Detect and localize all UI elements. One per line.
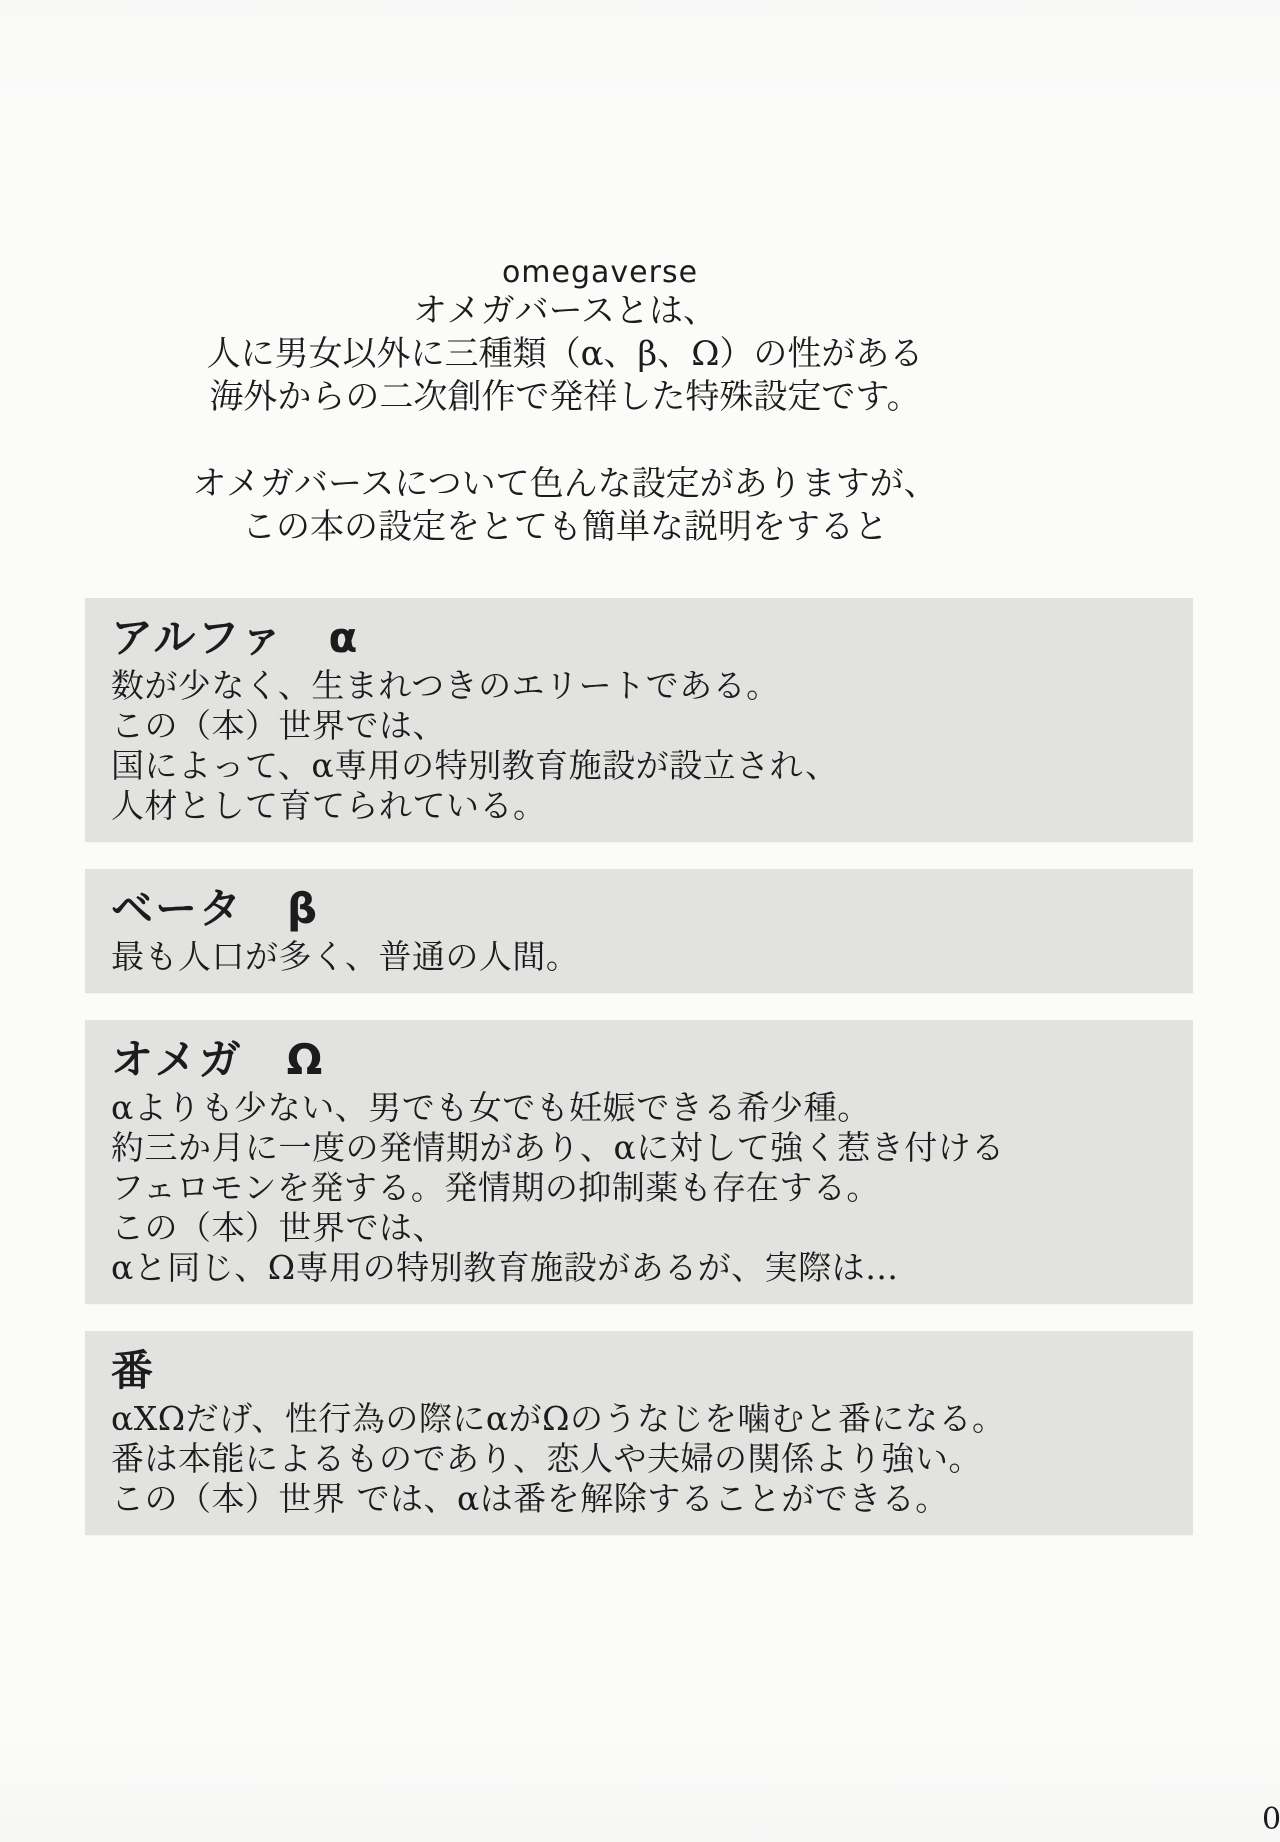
section-omega-heading: オメガ Ω (111, 1032, 1175, 1088)
definition-boxes: アルファ α 数が少なく、生まれつきのエリートである。 この（本）世界では、 国… (85, 598, 1193, 1562)
section-omega-line: フェロモンを発する。発情期の抑制薬も存在する。 (111, 1168, 1175, 1208)
section-tsugai: 番 αXΩだげ、性行為の際にαがΩのうなじを噛むと番になる。 番は本能によるもの… (85, 1331, 1193, 1535)
section-beta-line: 最も人口が多く、普通の人間。 (111, 937, 1175, 977)
section-alpha-line: 国によって、α専用の特別教育施設が設立され、 (111, 746, 1175, 786)
section-omega-line: この（本）世界では、 (111, 1208, 1175, 1248)
section-alpha-heading: アルファ α (111, 610, 1175, 666)
page-number: 0 (1262, 1804, 1280, 1836)
intro-line: 人に男女以外に三種類（α、β、Ω）の性がある (0, 333, 1130, 376)
note-line: オメガバースについて色んな設定がありますが、 (0, 463, 1130, 506)
section-omega: オメガ Ω αよりも少ない、男でも女でも妊娠できる希少種。 約三か月に一度の発情… (85, 1020, 1193, 1304)
section-alpha-line: この（本）世界では、 (111, 706, 1175, 746)
intro-line: 海外からの二次創作で発祥した特殊設定です。 (0, 376, 1130, 419)
section-alpha-line: 数が少なく、生まれつきのエリートである。 (111, 666, 1175, 706)
scanned-document-page: omegaverse オメガバースとは、 人に男女以外に三種類（α、β、Ω）の性… (0, 0, 1280, 1842)
intro-block: omegaverse オメガバースとは、 人に男女以外に三種類（α、β、Ω）の性… (0, 0, 1130, 419)
section-omega-line: αと同じ、Ω専用の特別教育施設があるが、実際は… (111, 1248, 1175, 1288)
section-tsugai-line: αXΩだげ、性行為の際にαがΩのうなじを噛むと番になる。 (111, 1399, 1175, 1439)
section-tsugai-line: 番は本能によるものであり、恋人や夫婦の関係より強い。 (111, 1439, 1175, 1479)
section-beta: ベータ β 最も人口が多く、普通の人間。 (85, 869, 1193, 993)
section-tsugai-heading: 番 (111, 1343, 1175, 1399)
section-beta-heading: ベータ β (111, 881, 1175, 937)
section-tsugai-line: この（本）世界 では、αは番を解除することができる。 (111, 1479, 1175, 1519)
omegaverse-latin-title: omegaverse (35, 256, 1165, 290)
note-line: この本の設定をとても簡単な説明をすると (0, 506, 1130, 549)
section-omega-line: 約三か月に一度の発情期があり、αに対して強く惹き付ける (111, 1128, 1175, 1168)
intro-line: オメガバースとは、 (0, 290, 1130, 333)
section-omega-line: αよりも少ない、男でも女でも妊娠できる希少種。 (111, 1088, 1175, 1128)
note-block: オメガバースについて色んな設定がありますが、 この本の設定をとても簡単な説明をす… (0, 463, 1130, 549)
section-alpha: アルファ α 数が少なく、生まれつきのエリートである。 この（本）世界では、 国… (85, 598, 1193, 842)
section-alpha-line: 人材として育てられている。 (111, 786, 1175, 826)
